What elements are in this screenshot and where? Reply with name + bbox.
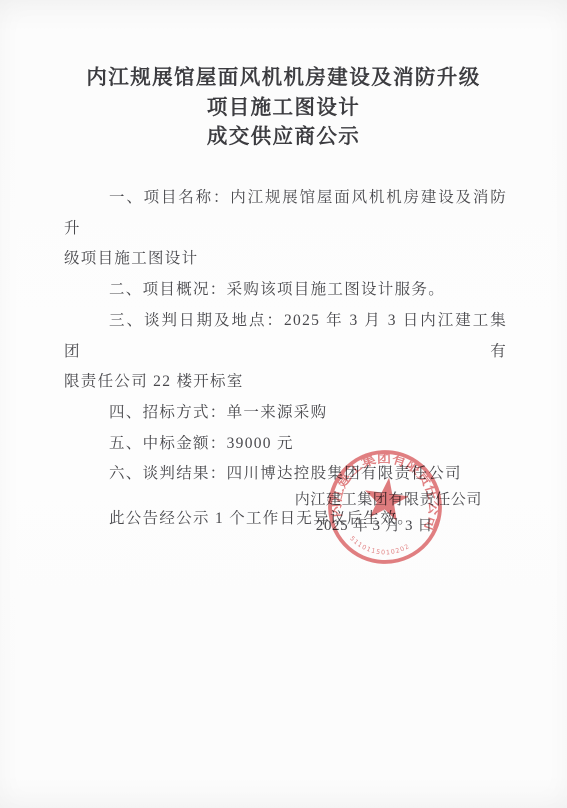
body-line-bidding-method: 四、招标方式：单一来源采购 (64, 398, 507, 429)
title-line-2: 项目施工图设计 (0, 94, 567, 124)
title-line-3: 成交供应商公示 (0, 123, 567, 153)
body-line-project-name-wrap: 级项目施工图设计 (64, 244, 507, 275)
body-line-award-amount: 五、中标金额：39000 元 (64, 429, 507, 460)
document-title: 内江规展馆屋面风机机房建设及消防升级 项目施工图设计 成交供应商公示 (0, 64, 567, 153)
body-line-negotiation-date: 三、谈判日期及地点：2025 年 3 月 3 日内江建工集团有 (64, 306, 507, 367)
body-line-project-name: 一、项目名称：内江规展馆屋面风机机房建设及消防升 (64, 183, 507, 244)
signature-date: 2025 年 3 月 3 日 (0, 514, 482, 540)
body-line-negotiation-date-wrap: 限责任公司 22 楼开标室 (64, 367, 507, 398)
title-line-1: 内江规展馆屋面风机机房建设及消防升级 (0, 64, 567, 94)
signature-block: 内江建工集团有限责任公司 2025 年 3 月 3 日 (0, 488, 482, 539)
body-line-negotiation-result: 六、谈判结果：四川博达控股集团有限责任公司 (64, 459, 507, 490)
body-line-project-overview: 二、项目概况：采购该项目施工图设计服务。 (64, 275, 507, 306)
signature-company: 内江建工集团有限责任公司 (0, 488, 482, 514)
document-body: 一、项目名称：内江规展馆屋面风机机房建设及消防升 级项目施工图设计 二、项目概况… (64, 183, 507, 534)
scanned-document-page: 内江规展馆屋面风机机房建设及消防升级 项目施工图设计 成交供应商公示 一、项目名… (0, 0, 567, 808)
